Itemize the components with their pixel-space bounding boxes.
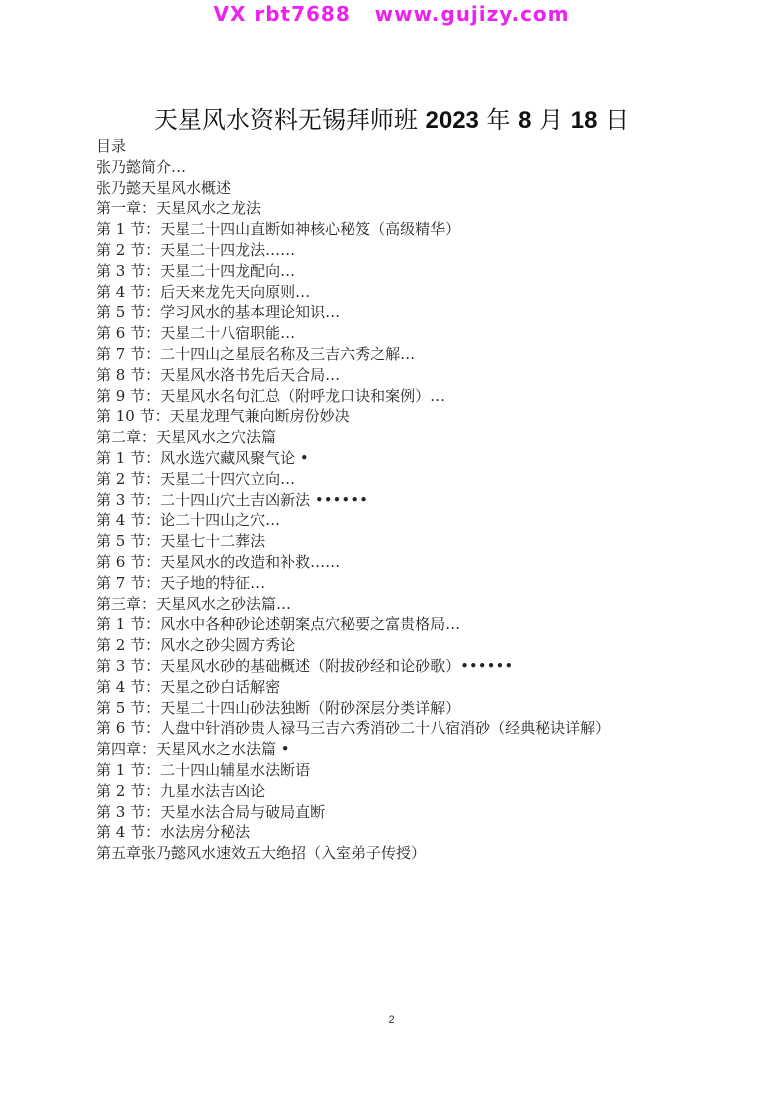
toc-entry: 第 5 节：学习风水的基本理论知识… bbox=[96, 302, 610, 323]
watermark: VX rbt7688 www.gujizy.com bbox=[0, 2, 783, 26]
toc-heading: 目录 bbox=[96, 136, 610, 157]
toc-entry: 第 7 节：二十四山之星辰名称及三吉六秀之解… bbox=[96, 344, 610, 365]
toc-entry: 第 10 节：天星龙理气兼向断房份妙决 bbox=[96, 406, 610, 427]
title-month-unit: 月 bbox=[532, 106, 571, 134]
toc-chapter: 第五章张乃懿风水速效五大绝招（入室弟子传授） bbox=[96, 843, 610, 864]
toc-chapter: 第二章：天星风水之穴法篇 bbox=[96, 427, 610, 448]
toc-entry: 第 4 节：天星之砂白话解密 bbox=[96, 677, 610, 698]
toc-entry: 第 2 节：天星二十四穴立向… bbox=[96, 469, 610, 490]
toc-entry: 张乃懿简介… bbox=[96, 157, 610, 178]
toc-entry: 第 3 节：二十四山穴土吉凶新法 •••••• bbox=[96, 490, 610, 511]
toc-entry: 第 4 节：水法房分秘法 bbox=[96, 822, 610, 843]
title-month: 8 bbox=[518, 107, 531, 134]
title-day: 18 bbox=[571, 107, 598, 134]
toc-entry: 第 2 节：风水之砂尖圆方秀论 bbox=[96, 635, 610, 656]
toc-entry: 第 5 节：天星七十二葬法 bbox=[96, 531, 610, 552]
toc-entry: 第 6 节：天星二十八宿职能… bbox=[96, 323, 610, 344]
page-number: 2 bbox=[0, 1014, 783, 1026]
toc-entry: 第 6 节：人盘中针消砂贵人禄马三吉六秀消砂二十八宿消砂（经典秘诀详解） bbox=[96, 718, 610, 739]
toc-entry: 第 5 节：天星二十四山砂法独断（附砂深层分类详解） bbox=[96, 698, 610, 719]
toc-entry: 第 4 节：后天来龙先天向原则… bbox=[96, 282, 610, 303]
table-of-contents: 目录 张乃懿简介… 张乃懿天星风水概述 第一章：天星风水之龙法 第 1 节：天星… bbox=[96, 136, 610, 864]
toc-entry: 第 8 节：天星风水洛书先后天合局… bbox=[96, 365, 610, 386]
toc-entry: 第 1 节：风水中各种砂论述朝案点穴秘要之富贵格局… bbox=[96, 614, 610, 635]
toc-chapter: 第三章：天星风水之砂法篇… bbox=[96, 594, 610, 615]
toc-entry: 第 6 节：天星风水的改造和补救…… bbox=[96, 552, 610, 573]
toc-entry: 第 3 节：天星水法合局与破局直断 bbox=[96, 802, 610, 823]
title-day-unit: 日 bbox=[597, 106, 629, 134]
title-year: 2023 bbox=[426, 107, 479, 134]
toc-entry: 张乃懿天星风水概述 bbox=[96, 178, 610, 199]
title-year-unit: 年 bbox=[479, 106, 518, 134]
toc-entry: 第 2 节：九星水法吉凶论 bbox=[96, 781, 610, 802]
toc-entry: 第 4 节：论二十四山之穴… bbox=[96, 510, 610, 531]
toc-chapter: 第一章：天星风水之龙法 bbox=[96, 198, 610, 219]
document-title: 天星风水资料无锡拜师班 2023 年 8 月 18 日 bbox=[0, 100, 783, 135]
title-text: 天星风水资料无锡拜师班 bbox=[154, 106, 426, 134]
toc-entry: 第 3 节：天星风水砂的基础概述（附拔砂经和论砂歌）•••••• bbox=[96, 656, 610, 677]
toc-entry: 第 1 节：二十四山辅星水法断语 bbox=[96, 760, 610, 781]
toc-entry: 第 9 节：天星风水名句汇总（附呼龙口诀和案例）… bbox=[96, 386, 610, 407]
toc-entry: 第 7 节：天子地的特征… bbox=[96, 573, 610, 594]
toc-entry: 第 2 节：天星二十四龙法…… bbox=[96, 240, 610, 261]
toc-entry: 第 1 节：风水选穴藏风聚气论 • bbox=[96, 448, 610, 469]
toc-entry: 第 3 节：天星二十四龙配向… bbox=[96, 261, 610, 282]
toc-entry: 第 1 节：天星二十四山直断如神核心秘笈（高级精华） bbox=[96, 219, 610, 240]
toc-chapter: 第四章：天星风水之水法篇 • bbox=[96, 739, 610, 760]
